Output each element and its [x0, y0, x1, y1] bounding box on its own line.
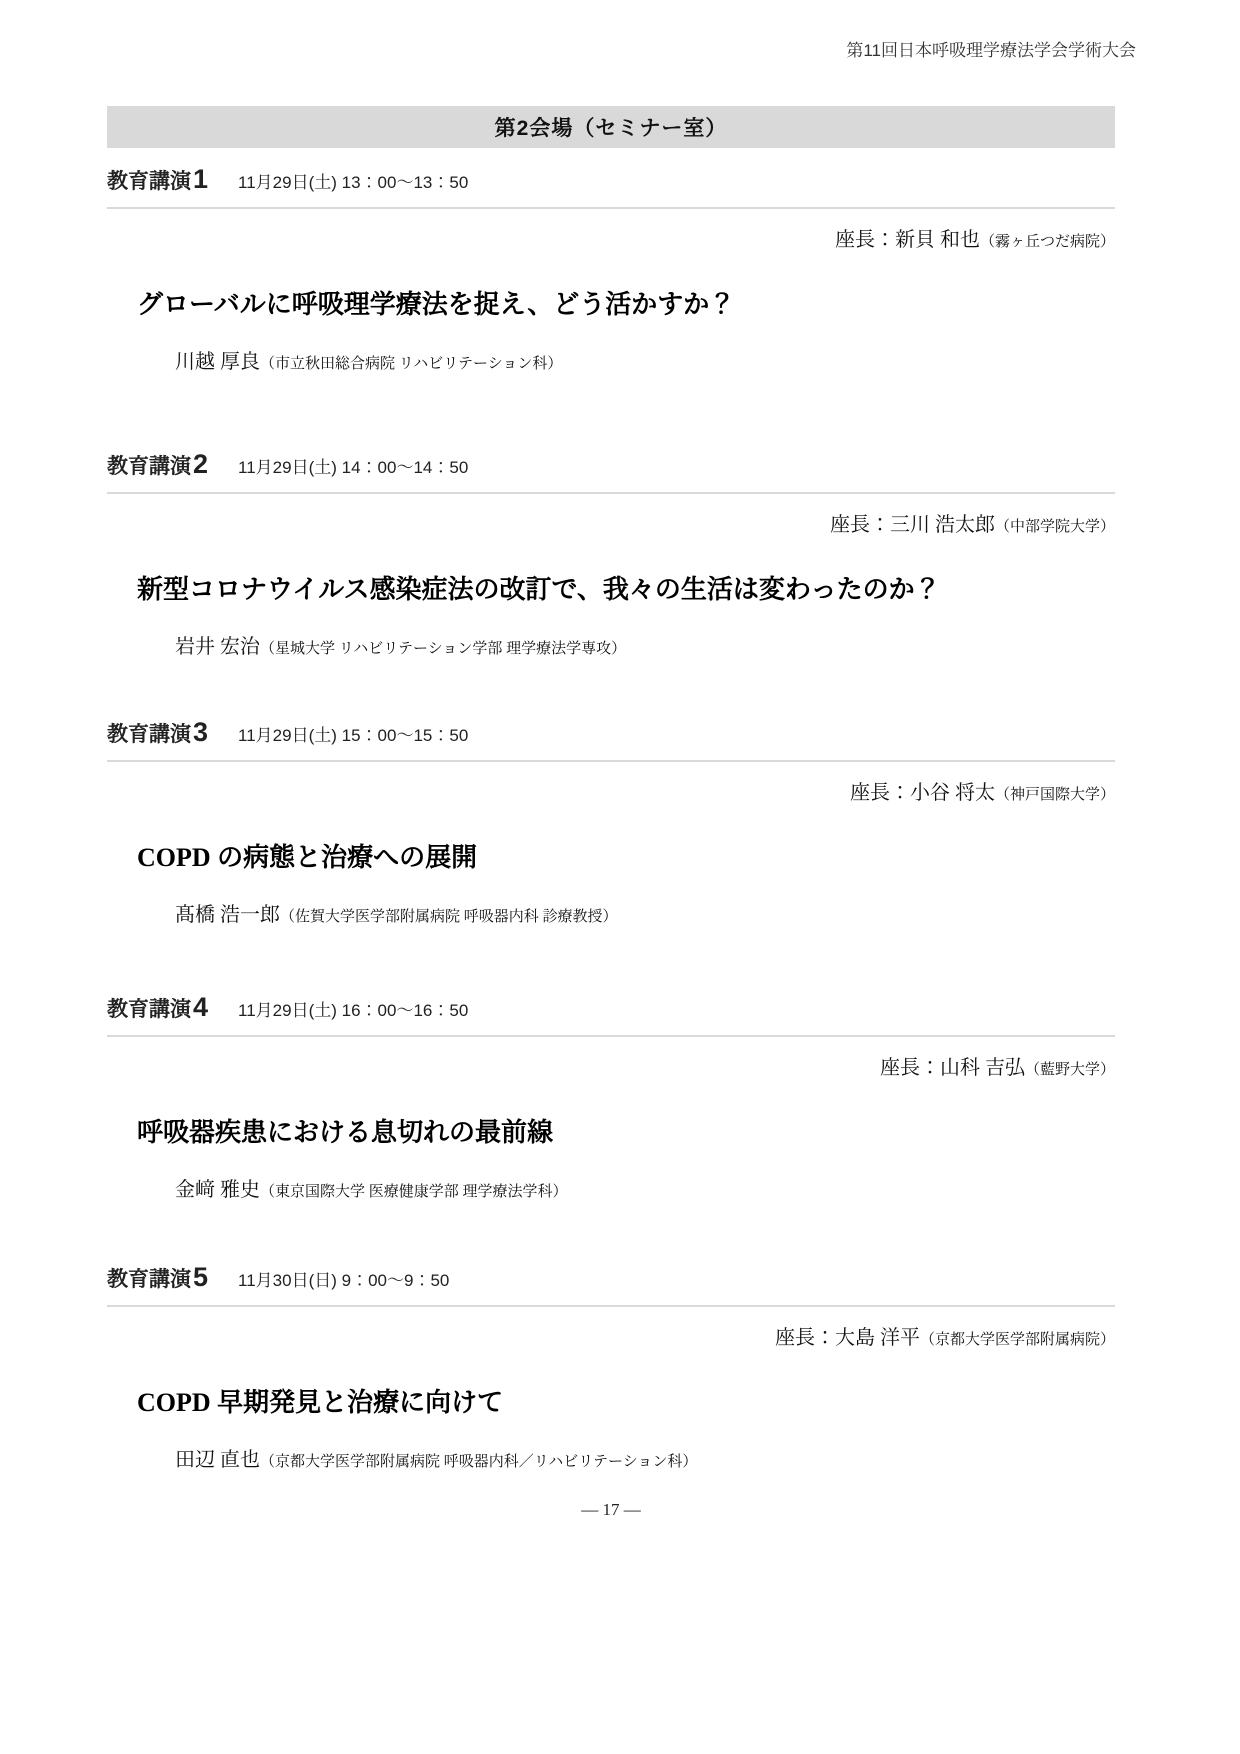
lecture-label: 教育講演	[107, 450, 191, 480]
lecture-datetime: 11月29日(土) 16：00～16：50	[238, 996, 468, 1021]
chair-prefix: 座長：	[830, 514, 890, 536]
conference-title: 第11回日本呼吸理学療法学会学術大会	[846, 36, 1136, 61]
lecture-block-2: 教育講演 2 11月29日(土) 14：00～14：50 座長：三川 浩太郎（中…	[107, 450, 1115, 659]
chair-line: 座長：新貝 和也（霧ヶ丘つだ病院）	[107, 223, 1115, 252]
lecture-block-4: 教育講演 4 11月29日(土) 16：00～16：50 座長：山科 吉弘（藍野…	[107, 993, 1115, 1202]
chair-name: 山科 吉弘	[940, 1057, 1025, 1079]
page-number: — 17 —	[107, 1500, 1115, 1520]
speaker-affiliation: （佐賀大学医学部附属病院 呼吸器内科 診療教授）	[280, 909, 618, 925]
program-page: 第11回日本呼吸理学療法学会学術大会 第2会場（セミナー室） 教育講演 1 11…	[0, 0, 1240, 1754]
chair-prefix: 座長：	[775, 1327, 835, 1349]
speaker-affiliation: （京都大学医学部附属病院 呼吸器内科／リハビリテーション科）	[260, 1454, 697, 1470]
lecture-datetime: 11月29日(土) 15：00～15：50	[238, 721, 468, 746]
speaker-name: 髙橋 浩一郎	[175, 904, 280, 926]
lecture-title: COPD 早期発見と治療に向けて	[137, 1382, 1115, 1419]
lecture-datetime: 11月29日(土) 14：00～14：50	[238, 453, 468, 478]
chair-line: 座長：三川 浩太郎（中部学院大学）	[107, 508, 1115, 537]
venue-banner: 第2会場（セミナー室）	[107, 106, 1115, 148]
chair-affiliation: （京都大学医学部附属病院）	[920, 1332, 1115, 1348]
lecture-datetime: 11月30日(日) 9：00～9：50	[238, 1266, 449, 1291]
speaker-line: 川越 厚良（市立秋田総合病院 リハビリテーション科）	[175, 345, 1115, 374]
chair-prefix: 座長：	[835, 229, 895, 251]
speaker-affiliation: （市立秋田総合病院 リハビリテーション科）	[260, 356, 562, 372]
lecture-number: 2	[193, 451, 208, 478]
chair-name: 新貝 和也	[895, 229, 980, 251]
chair-affiliation: （霧ヶ丘つだ病院）	[980, 234, 1115, 250]
lecture-header: 教育講演 3 11月29日(土) 15：00～15：50	[107, 718, 1115, 762]
lecture-header: 教育講演 4 11月29日(土) 16：00～16：50	[107, 993, 1115, 1037]
chair-affiliation: （藍野大学）	[1025, 1062, 1115, 1078]
lecture-title: グローバルに呼吸理学療法を捉え、どう活かすか？	[137, 284, 1115, 321]
lecture-number: 4	[193, 994, 208, 1021]
lecture-title: 呼吸器疾患における息切れの最前線	[137, 1112, 1115, 1149]
lecture-title: 新型コロナウイルス感染症法の改訂で、我々の生活は変わったのか？	[137, 569, 1115, 606]
venue-banner-label: 第2会場（セミナー室）	[495, 112, 728, 142]
chair-name: 小谷 将太	[910, 782, 995, 804]
lecture-title: COPD の病態と治療への展開	[137, 837, 1115, 874]
speaker-name: 金﨑 雅史	[175, 1179, 260, 1201]
lecture-block-3: 教育講演 3 11月29日(土) 15：00～15：50 座長：小谷 将太（神戸…	[107, 718, 1115, 927]
speaker-affiliation: （星城大学 リハビリテーション学部 理学療法学専攻）	[260, 641, 626, 657]
chair-name: 三川 浩太郎	[890, 514, 995, 536]
chair-name: 大島 洋平	[835, 1327, 920, 1349]
lecture-header: 教育講演 5 11月30日(日) 9：00～9：50	[107, 1263, 1115, 1307]
chair-prefix: 座長：	[880, 1057, 940, 1079]
lecture-number: 3	[193, 719, 208, 746]
speaker-name: 川越 厚良	[175, 351, 260, 373]
speaker-name: 岩井 宏治	[175, 636, 260, 658]
chair-line: 座長：大島 洋平（京都大学医学部附属病院）	[107, 1321, 1115, 1350]
lecture-label: 教育講演	[107, 993, 191, 1023]
lecture-label: 教育講演	[107, 718, 191, 748]
speaker-line: 金﨑 雅史（東京国際大学 医療健康学部 理学療法学科）	[175, 1173, 1115, 1202]
lecture-block-1: 教育講演 1 11月29日(土) 13：00～13：50 座長：新貝 和也（霧ヶ…	[107, 165, 1115, 374]
chair-affiliation: （中部学院大学）	[995, 519, 1115, 535]
lecture-number: 5	[193, 1264, 208, 1291]
lecture-header: 教育講演 2 11月29日(土) 14：00～14：50	[107, 450, 1115, 494]
chair-line: 座長：山科 吉弘（藍野大学）	[107, 1051, 1115, 1080]
chair-prefix: 座長：	[850, 782, 910, 804]
lecture-block-5: 教育講演 5 11月30日(日) 9：00～9：50 座長：大島 洋平（京都大学…	[107, 1263, 1115, 1472]
lecture-label: 教育講演	[107, 1263, 191, 1293]
speaker-line: 岩井 宏治（星城大学 リハビリテーション学部 理学療法学専攻）	[175, 630, 1115, 659]
chair-affiliation: （神戸国際大学）	[995, 787, 1115, 803]
chair-line: 座長：小谷 将太（神戸国際大学）	[107, 776, 1115, 805]
lecture-datetime: 11月29日(土) 13：00～13：50	[238, 168, 468, 193]
lecture-label: 教育講演	[107, 165, 191, 195]
lecture-number: 1	[193, 166, 208, 193]
speaker-line: 髙橋 浩一郎（佐賀大学医学部附属病院 呼吸器内科 診療教授）	[175, 898, 1115, 927]
speaker-affiliation: （東京国際大学 医療健康学部 理学療法学科）	[260, 1184, 568, 1200]
speaker-name: 田辺 直也	[175, 1449, 260, 1471]
speaker-line: 田辺 直也（京都大学医学部附属病院 呼吸器内科／リハビリテーション科）	[175, 1443, 1115, 1472]
lecture-header: 教育講演 1 11月29日(土) 13：00～13：50	[107, 165, 1115, 209]
